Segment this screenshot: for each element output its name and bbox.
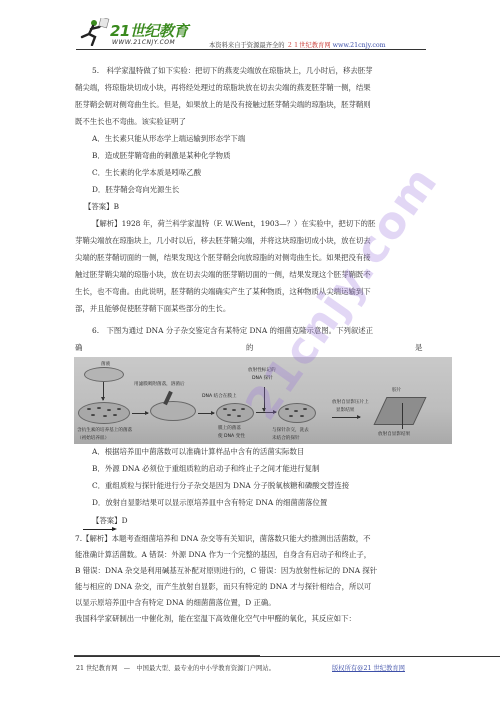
q5-analysis-2: 芽鞘尖端放在琼脂块上，几小时以后，移去胚芽鞘尖端，并将这块琼脂切成小块，放在切去: [75, 235, 371, 247]
q7-analysis-6: 我国科学家研制出一中催化剂，能在室温下高效催化空气中甲醛的氧化，其反应如下：: [75, 613, 356, 625]
label-initial-plate: 含抗生素的培养基上的菌落: [77, 427, 132, 433]
q5-line-2: 鞘尖端，将琼脂块切成小块，再将经处理过的琼脂块放在切去尖端的燕麦胚芽鞘一侧，结果: [75, 82, 371, 94]
membrane-plate: [150, 401, 196, 421]
label-xray-2: 显影结果: [336, 407, 354, 413]
q6-option-d: D．放射自显影结果可以显示原培养皿中含有特定 DNA 的细菌菌落位置: [92, 497, 327, 509]
label-membrane: 用滤膜吸附菌落，溶菌后: [134, 381, 185, 387]
label-initial-plate-2: （初始培养皿）: [77, 435, 109, 441]
q5-answer: 【答案】B: [84, 201, 119, 213]
q6-word-2: 的: [246, 342, 253, 354]
logo-title: 21世纪教育: [110, 20, 188, 41]
q6-word-1: 确: [75, 342, 82, 354]
q5-analysis-3: 尖端的胚芽鞘切面的一侧，结果发现这个胚芽鞘会向放琼脂的对侧弯曲生长。如果把没有接: [75, 252, 371, 264]
footer-text: 21 世纪教育网 — 中国最大型、最专业的中小学教育资源门户网站。: [76, 663, 275, 672]
tagline-url[interactable]: www.21cnjy.com: [333, 42, 386, 49]
bacteria-culture-dish: [84, 367, 124, 382]
q5-line-3: 胚芽鞘会朝对侧弯曲生长。但是，如果放上的是没有接触过胚芽鞘尖端的琼脂块，胚芽鞘则: [75, 99, 371, 111]
q5-line-1: 5. 科学家温特做了如下实验：把切下的燕麦尖端放在琼脂块上，几小时后，移去胚芽: [92, 65, 373, 77]
tagline-brand: ２１世纪教育网: [287, 42, 331, 49]
arrow-icon: [83, 529, 115, 530]
film-pointer: [402, 403, 403, 429]
site-logo[interactable]: 21世纪教育 WWW.21CNJY.COM: [76, 12, 201, 48]
q5-option-c: C．生长素的化学本质是吲哚乙酸: [92, 167, 201, 179]
label-hybrid-2: 未结合的探针: [272, 435, 300, 441]
tagline-prefix: 本资料来自于资源最齐全的: [209, 42, 285, 49]
runner-icon: [78, 18, 110, 46]
xray-film: [373, 397, 426, 425]
q6-option-c: C．重组质粒与探针能进行分子杂交是因为 DNA 分子脱氧核糖和磷酸交替连接: [92, 480, 349, 492]
label-film-bottom: 放射自显影结果: [378, 431, 410, 437]
q5-option-b: B．造成胚芽鞘弯曲的刺激是某种化学物质: [92, 150, 230, 162]
arrow-right-4: [332, 417, 360, 418]
q7-analysis-3: B 错误：DNA 杂交是利用碱基互补配对原则进行的，C 错误：因为放射性标记的 …: [75, 565, 377, 577]
q7-analysis-1: 7.【解析】本题考查细菌培养和 DNA 杂交等有关知识，菌落数只能大约推测出活菌…: [75, 533, 371, 545]
q7-analysis-2: 能准确计算活菌数。A 错误：外源 DNA 作为一个完整的基因，自身含有启动子和终…: [75, 549, 371, 561]
label-dna-plate-sub2: 使 DNA 变性: [218, 433, 245, 439]
label-dna-plate-sub: 膜上的菌落: [218, 425, 241, 431]
arrow-down-1: [103, 382, 104, 400]
q5-option-d: D．胚芽鞘会弯向光源生长: [92, 184, 179, 196]
logo-url: WWW.21CNJY.COM: [112, 39, 175, 46]
q5-option-a: A．生长素只能从形态学上端运输到形态学下端: [92, 133, 245, 145]
page-header: 21世纪教育 WWW.21CNJY.COM 本资料来自于资源最齐全的 ２１世纪教…: [76, 12, 426, 52]
q5-analysis-6: 部，并且能够促使胚芽鞘下面某些部分的生长。: [75, 303, 230, 315]
document-page: 21世纪教育 WWW.21CNJY.COM 本资料来自于资源最齐全的 ２１世纪教…: [0, 0, 500, 707]
footer-divider: [74, 656, 500, 657]
initial-plate: [78, 402, 130, 424]
header-divider: [76, 49, 426, 50]
q6-option-b: B．外源 DNA 必须位于重组质粒的启动子和终止子之间才能进行复制: [92, 463, 319, 475]
arrow-right-2: [198, 413, 214, 414]
q6-answer: 【答案】D: [92, 515, 128, 527]
q6-word-3: 是: [415, 342, 422, 354]
q6-option-a: A．根据培养皿中菌落数可以准确计算样品中含有的活菌实际数目: [92, 446, 304, 458]
arrow-right-1: [132, 413, 148, 414]
q5-analysis-1: 【解析】1928 年，荷兰科学家温特（F. W.Went，1903—？）在实验中…: [92, 218, 375, 230]
label-dna-plate: DNA 结合在膜上: [202, 393, 237, 399]
label-film-top: 胶片: [392, 387, 401, 393]
q7-analysis-5: 以显示原培养皿中含有特定 DNA 的细菌菌落位置，D 正确。: [75, 597, 276, 609]
q5-line-4: 既不生长也不弯曲。该实验证明了: [75, 116, 186, 128]
label-xray: 放射自显影压片上: [332, 399, 369, 405]
header-tagline: 本资料来自于资源最齐全的 ２１世纪教育网 www.21cnjy.com: [209, 40, 386, 49]
q7-analysis-4: 能与相应的 DNA 杂交，而产生放射自显影，而只有特定的 DNA 才与探针相结合…: [75, 581, 371, 593]
copyright-link[interactable]: 版权所有@21 世纪教育网: [332, 663, 405, 672]
